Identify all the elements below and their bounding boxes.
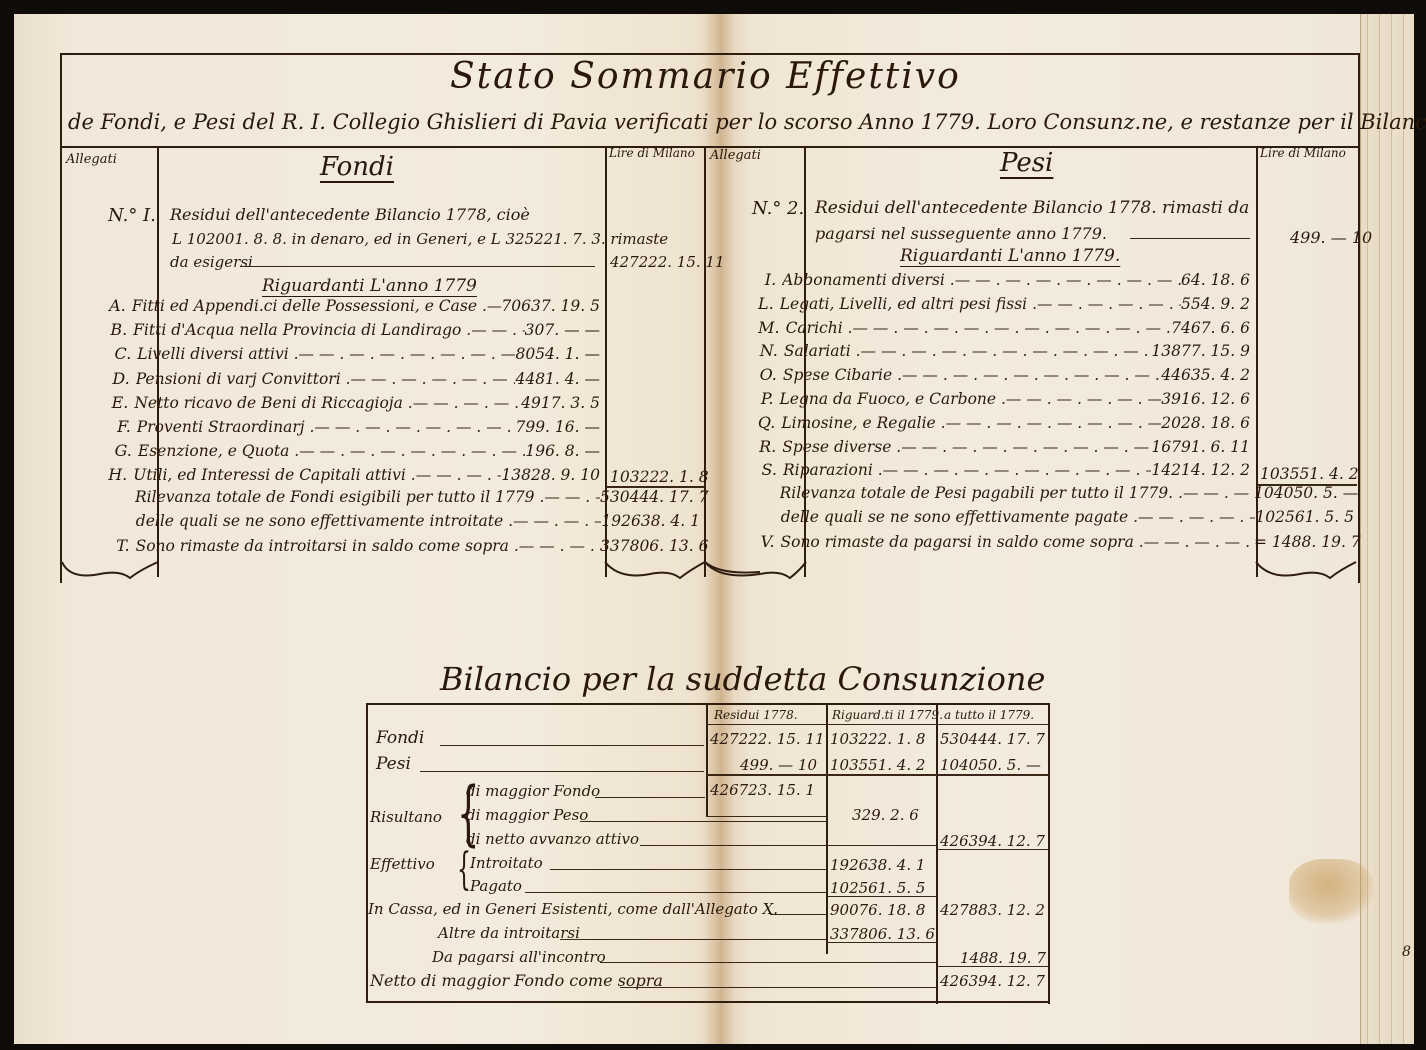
item-description: Limosine, e Regalie [781,414,1161,432]
item-description: Rilevanza totale de Pesi pagabili per tu… [780,484,1254,502]
ledger-row: G.Esenzione, e Quota196. 8. — [108,441,600,465]
allegato-letter: Q. [752,413,781,432]
item-amount: 8054. 1. — [515,345,600,363]
pesi-residui-total: 499. — 10 [1290,228,1372,247]
item-description: Abbonamenti diversi [782,271,1181,289]
item-description: delle quali se ne sono effettivamente in… [136,512,602,530]
bilancio-pesi-riguardanti: 103551. 4. 2 [830,756,925,774]
item-description: Sono rimaste da introitarsi in saldo com… [136,537,600,555]
fondi-residui-line3: da esigersi [170,253,253,271]
effettivo-label: Effettivo [370,855,435,873]
allegato-letter: T. [108,536,136,555]
item-description: delle quali se ne sono effettivamente pa… [781,508,1256,526]
ledger-row: N.Salariati13877. 15. 9 [752,341,1250,365]
allegato-letter: L. [752,294,780,313]
bilancio-fondi-riguardanti: 103222. 1. 8 [830,730,925,748]
col-line [936,704,938,1004]
item-amount: 102561. 5. 5 [1255,508,1354,526]
ledger-row: S.Riparazioni14214. 12. 2 [752,460,1250,484]
item-amount: 530444. 17. 7 [600,488,700,506]
allegato-letter: S. [752,460,783,479]
bilancio-fondi-label: Fondi [376,728,424,748]
fondi-allegati-header: Allegati [66,152,117,167]
col-line [826,704,828,954]
ledger-row: V.Sono rimaste da pagarsi in saldo come … [752,532,1354,556]
leader-line [240,266,595,267]
item-amount: 14214. 12. 2 [1151,461,1250,479]
col-line [706,776,708,816]
bilancio-pesi-label: Pesi [376,754,411,774]
ledger-row: Q.Limosine, e Regalie2028. 18. 6 [752,413,1250,437]
col-line [1048,704,1050,1004]
item-description: Riparazioni [783,461,1151,479]
leader-line [525,892,826,893]
fondi-subheading: Riguardanti L'anno 1779 [262,276,477,296]
allegato-letter: G. [108,441,138,460]
allegato-letter: R. [752,437,782,456]
pesi-subtotal: 103551. 4. 2 [1260,465,1359,483]
item-description: Spese diverse [782,438,1151,456]
row-rule [706,774,1048,776]
allegato-letter: M. [752,318,786,337]
item-description: Sono rimaste da pagarsi in saldo come so… [781,533,1255,551]
item-amount: 13877. 15. 9 [1151,342,1250,360]
fondi-lire-header: Lire di Milano [609,146,695,160]
ledger-row: I.Abbonamenti diversi64. 18. 6 [752,270,1250,294]
in-cassa-total: 427883. 12. 2 [940,901,1045,919]
ledger-row: C.Livelli diversi attivi8054. 1. — [108,344,600,368]
bilancio-col-riguardanti: Riguard.ti il 1779. [832,708,943,722]
allegato-letter: O. [752,365,783,384]
leader-line [580,821,826,822]
in-cassa-label: In Cassa, ed in Generi Esistenti, come d… [368,900,778,918]
pesi-residui-ref: N.° 2. [752,198,804,219]
ledger-row: Rilevanza totale de Pesi pagabili per tu… [752,484,1354,508]
allegato-letter: H. [108,465,133,484]
item-description: Rilevanza totale de Fondi esigibili per … [135,488,600,506]
bilancio-pesi-residui: 499. — 10 [740,756,817,774]
leader-line [595,797,705,798]
item-amount: 7467. 6. 6 [1171,319,1250,337]
item-amount: 196. 8. — [525,442,600,460]
col-line [936,896,938,944]
pesi-heading: Pesi [1000,148,1053,178]
pesi-residui-line1: Residui dell'antecedente Bilancio 1778. … [815,198,1249,218]
item-amount: = 1488. 19. 7 [1254,533,1354,551]
allegato-letter: N. [752,341,784,360]
row-rule [826,942,936,943]
ledger-row: D.Pensioni di varj Convittori4481. 4. — [108,369,600,393]
fondi-subtotal: 103222. 1. 8 [610,468,709,486]
col-line [704,147,706,577]
pesi-residui-line2: pagarsi nel susseguente anno 1779. [815,224,1107,243]
allegato-letter: F. [108,417,137,436]
maggior-peso-amount: 329. 2. 6 [852,806,919,824]
item-description: Proventi Straordinarj [137,418,516,436]
pagato-label: Pagato [470,877,522,895]
item-amount: 4917. 3. 5 [521,394,600,412]
brace-decoration: { [457,848,471,892]
col-line [706,704,708,784]
item-amount: 70637. 19. 5 [501,297,600,315]
allegato-letter: A. [108,296,132,315]
item-description: Utili, ed Interessi de Capitali attivi [133,466,501,484]
maggior-fondo-label: di maggior Fondo [466,782,600,800]
item-amount: 337806. 13. 6 [600,537,700,555]
altre-amount: 337806. 13. 6 [830,925,935,943]
fondi-residui-total: 427222. 15. 11 [610,253,725,271]
item-amount: 2028. 18. 6 [1161,414,1250,432]
item-amount: 307. — — [525,321,600,339]
bilancio-title: Bilancio per la suddetta Consunzione [440,660,1045,698]
ledger-row: F.Proventi Straordinarj799. 16. — [108,417,600,441]
ledger-row: T.Sono rimaste da introitarsi in saldo c… [108,536,700,560]
item-description: Fitti d'Acqua nella Provincia di Landira… [133,321,524,339]
ledger-row: O.Spese Cibarie44635. 4. 2 [752,365,1250,389]
item-description: Livelli diversi attivi [137,345,515,363]
ledger-row: B.Fitti d'Acqua nella Provincia di Landi… [108,320,600,344]
netto-avanzo-amount: 426394. 12. 7 [940,832,1045,850]
item-amount: 44635. 4. 2 [1161,366,1250,384]
item-description: Salariati [784,342,1152,360]
netto-label: Netto di maggior Fondo come sopra [370,971,663,990]
ledger-row: P.Legna da Fuoco, e Carbone3916. 12. 6 [752,389,1250,413]
bilancio-fondi-totale: 530444. 17. 7 [940,730,1045,748]
allegato-letter: B. [108,320,133,339]
pesi-subheading: Riguardanti L'anno 1779. [900,246,1120,266]
ledger-row: H.Utili, ed Interessi de Capitali attivi… [108,465,600,489]
leader-line [600,962,936,963]
pesi-allegati-header: Allegati [710,148,761,163]
bilancio-fondi-residui: 427222. 15. 11 [710,730,825,748]
item-amount: 104050. 5. — [1254,484,1354,502]
item-amount: 799. 16. — [515,418,600,436]
item-description: Legna da Fuoco, e Carbone [779,390,1161,408]
item-description: Esenzione, e Quota [138,442,525,460]
page-edge-number: 8 [1402,944,1411,960]
netto-avanzo-label: di netto avvanzo attivo [466,830,639,848]
leader-line [550,869,826,870]
netto-amount: 426394. 12. 7 [940,972,1045,990]
flourish-decoration [60,560,1370,600]
altre-label: Altre da introitarsi [438,924,580,942]
in-cassa-amount: 90076. 18. 8 [830,901,925,919]
leader-line [1130,238,1250,239]
introitato-label: Introitato [470,854,543,872]
allegato-letter: P. [752,389,779,408]
fondi-residui-line2: L 102001. 8. 8. in denaro, ed in Generi,… [172,230,668,248]
ledger-row: delle quali se ne sono effettivamente in… [108,512,700,536]
fondi-residui-ref: N.° I. [108,205,156,226]
bilancio-col-totale: a tutto il 1779. [944,708,1034,722]
item-amount: 3916. 12. 6 [1161,390,1250,408]
item-description: Carichi [786,319,1172,337]
risultano-label: Risultano [370,808,442,826]
allegato-letter: D. [108,369,136,388]
ledger-row: M.Carichi7467. 6. 6 [752,318,1250,342]
item-amount: 64. 18. 6 [1181,271,1250,289]
item-amount: 554. 9. 2 [1181,295,1250,313]
allegato-letter: I. [752,270,782,289]
allegato-letter: V. [752,532,781,551]
ledger-row: Rilevanza totale de Fondi esigibili per … [108,488,700,512]
maggior-peso-label: di maggior Peso [466,806,588,824]
ledger-row: delle quali se ne sono effettivamente pa… [752,508,1354,532]
da-pagarsi-label: Da pagarsi all'incontro [432,948,606,966]
allegato-letter: C. [108,344,137,363]
leader-line [620,987,936,988]
item-amount: 13828. 9. 10 [501,466,600,484]
item-description: Fitti ed Appendi.ci delle Possessioni, e… [132,297,502,315]
item-description: Legati, Livelli, ed altri pesi fissi [780,295,1181,313]
fondi-residui-line1: Residui dell'antecedente Bilancio 1778, … [170,205,530,224]
water-stain [1289,859,1374,924]
bilancio-pesi-totale: 104050. 5. — [940,756,1041,774]
leader-line [770,914,826,915]
item-description: Spese Cibarie [783,366,1161,384]
column-header-rule [706,724,1048,725]
item-amount: 192638. 4. 1 [601,512,700,530]
row-rule [936,849,1048,850]
da-pagarsi-amount: 1488. 19. 7 [960,949,1046,967]
row-rule [706,816,826,817]
item-description: Pensioni di varj Convittori [136,370,516,388]
ledger-row: E.Netto ricavo de Beni di Riccagioja4917… [108,393,600,417]
bilancio-col-residui: Residui 1778. [714,708,798,722]
item-amount: 16791. 6. 11 [1151,438,1250,456]
ledger-row: R.Spese diverse16791. 6. 11 [752,437,1250,461]
maggior-fondo-amount: 426723. 15. 1 [710,781,815,799]
leader-line [440,745,704,746]
pagato-amount: 102561. 5. 5 [830,879,925,897]
row-rule [936,966,1048,967]
page-title: Stato Sommario Effettivo [450,56,961,97]
leader-line [640,845,936,846]
page-subtitle: de Fondi, e Pesi del R. I. Collegio Ghis… [68,110,1426,134]
row-rule [826,896,936,897]
leader-line [560,939,826,940]
item-description: Netto ricavo de Beni di Riccagioja [134,394,521,412]
pesi-lire-header: Lire di Milano [1260,146,1346,160]
item-amount: 4481. 4. — [515,370,600,388]
ledger-row: L.Legati, Livelli, ed altri pesi fissi55… [752,294,1250,318]
fondi-heading: Fondi [320,152,394,182]
allegato-letter: E. [108,393,134,412]
introitato-amount: 192638. 4. 1 [830,856,925,874]
ledger-row: A.Fitti ed Appendi.ci delle Possessioni,… [108,296,600,320]
